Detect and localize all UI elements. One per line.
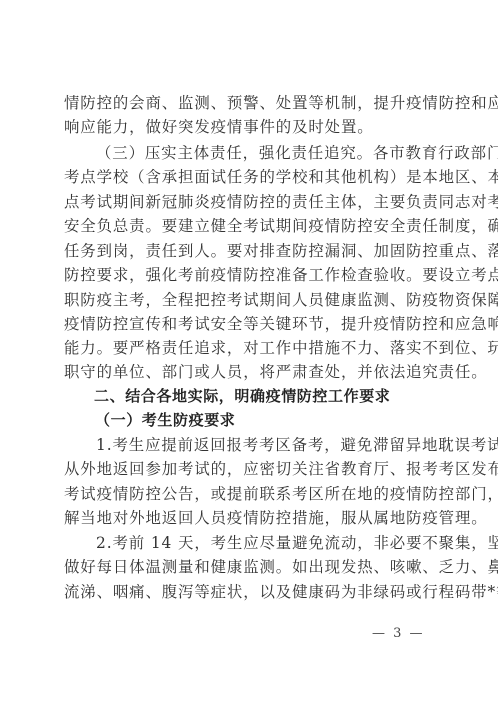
body-text-line: 流涕、咽痛、腹泻等症状，以及健康码为非绿码或行程码带*等异 <box>64 582 436 602</box>
paragraph-heading-line: （三）压实主体责任，强化责任追究。各市教育行政部门、 <box>96 143 436 163</box>
body-text-line: 从外地返回参加考试的，应密切关注省教育厅、报考考区发布的 <box>64 459 436 479</box>
body-text-line: 能力。要严格责任追求，对工作中措施不力、落实不到位、玩忽 <box>64 338 436 358</box>
body-text-line: 情防控的会商、监测、预警、处置等机制，提升疫情防控和应急 <box>64 93 436 113</box>
subsection-heading: （一）考生防疫要求 <box>95 410 235 430</box>
body-text-line: 点考试期间新冠肺炎疫情防控的责任主体，主要负责同志对考试 <box>64 192 436 212</box>
body-text-line: 安全负总责。要建立健全考试期间疫情防控安全责任制度，确保 <box>64 216 436 236</box>
section-heading: 二、结合各地实际，明确疫情防控工作要求 <box>94 386 390 406</box>
body-text-line: 考点学校（含承担面试任务的学校和其他机构）是本地区、本考 <box>64 167 436 187</box>
body-text-line: 响应能力，做好突发疫情事件的及时处置。 <box>64 117 436 137</box>
body-text-line: 2.考前 14 天，考生应尽量避免流动，非必要不聚集，坚持 <box>96 533 436 553</box>
body-text-line: 任务到岗，责任到人。要对排查防控漏洞、加固防控重点、落实 <box>64 241 436 261</box>
body-text-line: 防控要求，强化考前疫情防控准备工作检查验收。要设立考点专 <box>64 265 436 285</box>
body-text-line: 1.考生应提前返回报考考区备考，避免滞留异地耽误考试。 <box>96 435 436 455</box>
body-text-line: 考试疫情防控公告，或提前联系考区所在地的疫情防控部门，了 <box>64 484 436 504</box>
page-number: — 3 — <box>372 626 425 641</box>
body-text-line: 职守的单位、部门或人员，将严肃查处，并依法追究责任。 <box>64 362 436 382</box>
body-text-line: 疫情防控宣传和考试安全等关键环节，提升疫情防控和应急响应 <box>64 314 436 334</box>
document-page: 情防控的会商、监测、预警、处置等机制，提升疫情防控和应急 响应能力，做好突发疫情… <box>0 0 498 703</box>
body-text-line: 做好每日体温测量和健康监测。如出现发热、咳嗽、乏力、鼻塞、 <box>64 557 436 577</box>
body-text-line: 职防疫主考，全程把控考试期间人员健康监测、防疫物资保障、 <box>64 290 436 310</box>
body-text-line: 解当地对外地返回人员疫情防控措施，服从属地防疫管理。 <box>64 508 436 528</box>
